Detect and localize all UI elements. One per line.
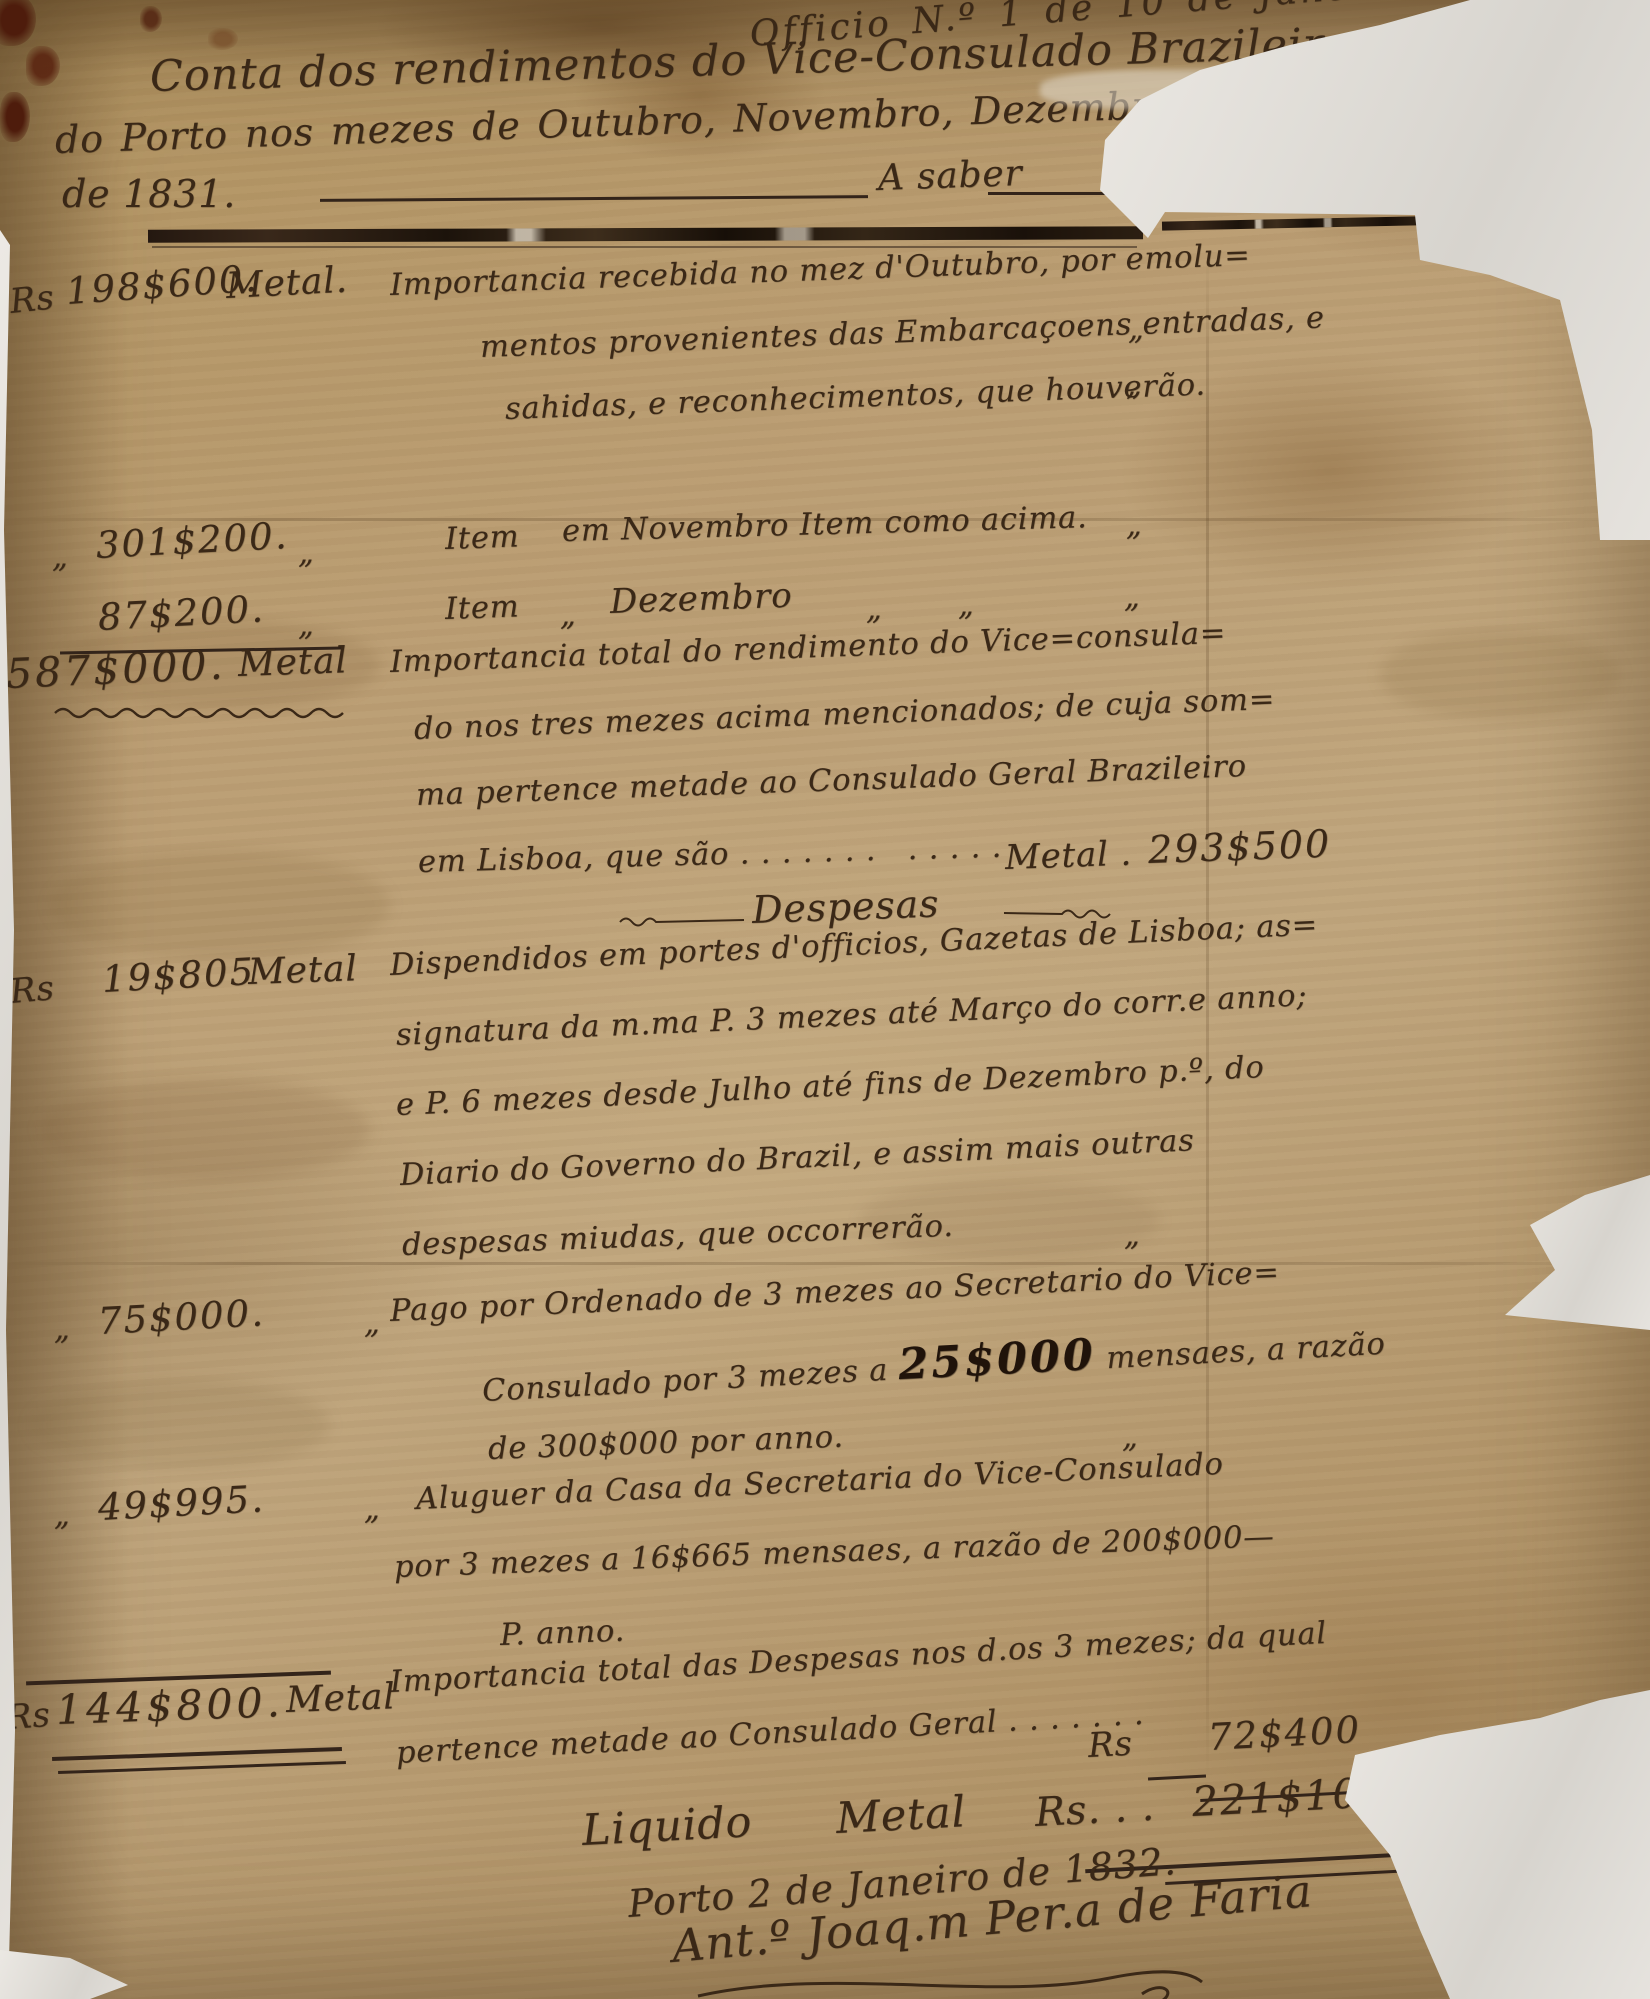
ditto-mark: „ (54, 1312, 71, 1347)
ditto-mark: „ (1124, 1218, 1141, 1253)
ditto-mark: „ (52, 540, 69, 575)
bleed-through-smudge (1380, 630, 1620, 720)
ditto-mark: „ (958, 588, 975, 623)
liquido-unit: Metal (835, 1787, 968, 1844)
wavy-underline-587000 (52, 704, 362, 718)
income-row2-item-label: Item (444, 519, 520, 557)
expense-row1-unit: Metal (247, 948, 358, 993)
income-row1-currency: Rs (8, 277, 57, 321)
income-total-unit: Metal (237, 640, 348, 685)
expense-row3-amount: 49$995. (97, 1477, 266, 1529)
expense-row1-currency: Rs (8, 968, 56, 1012)
ditto-mark: „ (54, 1498, 71, 1533)
bleed-through-smudge (40, 1080, 370, 1180)
ditto-mark: „ (560, 598, 577, 633)
expense-total-result-currency: Rs (1087, 1724, 1134, 1766)
income-total-result-amount: 293$500 (1147, 822, 1332, 872)
ditto-mark: „ (364, 1306, 381, 1341)
liquido-label: Liquido (581, 1797, 754, 1856)
expense-row3-text-3: P. anno. (499, 1614, 625, 1653)
ditto-mark: „ (298, 608, 315, 643)
income-total-amount: 587$000. (5, 640, 227, 698)
liquido-currency: Rs. . . (1034, 1784, 1156, 1836)
ditto-mark: „ (866, 592, 883, 627)
income-row1-unit: Metal. (225, 260, 349, 307)
expense-total-unit: Metal (285, 1676, 396, 1721)
heading-flourish-left (618, 914, 748, 926)
ditto-mark: „ (1126, 508, 1143, 543)
ditto-mark: „ (364, 1492, 381, 1527)
expense-row1-amount: 19$805 (101, 950, 256, 1001)
bleed-through-smudge (50, 850, 390, 960)
horizontal-crease (0, 1262, 1650, 1265)
title-line-3: de 1831. (62, 172, 236, 216)
signature-flourish (690, 1962, 1210, 1999)
income-row3-detail: Dezembro (609, 576, 793, 622)
income-row3-amount: 87$200. (97, 587, 266, 639)
ditto-mark: „ (298, 536, 315, 571)
a-saber-label: A saber (877, 153, 1023, 199)
manuscript-scan: { "doc": { "docket": "Officio N.º 1 de 1… (0, 0, 1650, 1999)
ditto-mark: „ (1126, 368, 1143, 403)
expense-total-amount: 144$800. (55, 1678, 284, 1734)
income-row3-item-label: Item (444, 589, 520, 627)
ditto-mark: „ (1124, 580, 1141, 615)
ditto-mark: „ (1128, 312, 1145, 347)
expense-row2-amount: 75$000. (97, 1291, 266, 1343)
income-total-result-unit: Metal . (1004, 834, 1132, 878)
expense-total-result-amount: 72$400 (1207, 1708, 1362, 1759)
bleed-through-smudge (30, 1380, 330, 1470)
expense-row2-rate-emphasized: 25$000 (897, 1330, 1097, 1390)
